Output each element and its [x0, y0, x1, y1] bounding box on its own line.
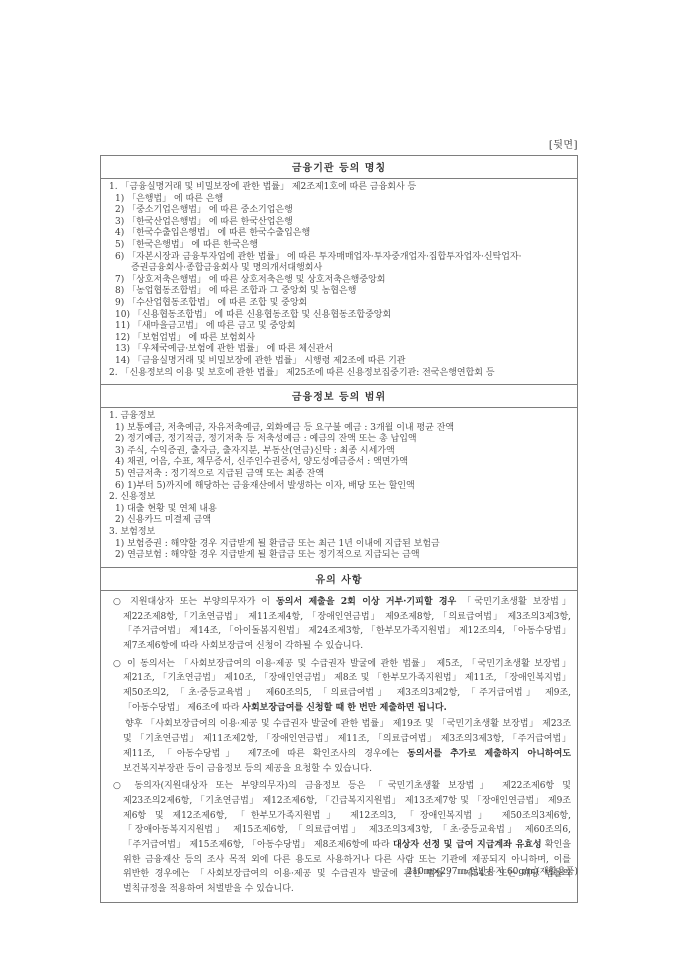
list-line: 2. 「신용정보의 이용 및 보호에 관한 법률」 제25조에 따른 신용정보집…	[106, 368, 572, 380]
list-line: 4) 「한국수출입은행법」 에 따른 한국수출입은행	[106, 228, 572, 240]
list-line: 1) 보험증권 : 해약할 경우 지급받게 될 환급금 또는 최근 1년 이내에…	[106, 539, 572, 551]
list-line: 1) 「은행법」 에 따른 은행	[106, 194, 572, 206]
list-line: 1) 대출 현황 및 연체 내용	[106, 504, 572, 516]
list-line: 12) 「보험업법」 에 따른 보험회사	[106, 333, 572, 345]
circle-bullet: ○	[113, 781, 134, 791]
circle-bullet: ○	[113, 659, 127, 669]
section-body-notes: ○ 지원대상자 또는 부양의무자가 이 동의서 제출을 2회 이상 거부·기피할…	[101, 590, 578, 902]
list-line: 2) 정기예금, 정기적금, 정기저축 등 저축성예금 : 예금의 잔액 또는 …	[106, 434, 572, 446]
paper-spec-footnote: 210㎜×297㎜ 일반용지 60g/㎡(재활용품)	[100, 864, 578, 877]
list-line: 3) 주식, 수익증권, 출자금, 출자지분, 부동산(연금)신탁 : 최종 시…	[106, 446, 572, 458]
circle-bullet: ○	[113, 597, 130, 607]
list-line: 1. 「금융실명거래 및 비밀보장에 관한 법률」 제2조제1호에 따른 금융회…	[106, 182, 572, 194]
list-line: 2) 연금보험 : 해약할 경우 지급받게 될 환급금 또는 정기적으로 지급되…	[106, 550, 572, 562]
document-page: [뒷면] 금융기관 등의 명칭1. 「금융실명거래 및 비밀보장에 관한 법률」…	[0, 0, 680, 962]
note-paragraph: ○ 이 동의서는 「사회보장급여의 이용·제공 및 수급권자 발굴에 관한 법률…	[107, 657, 571, 716]
list-line: 7) 「상호저축은행법」 에 따른 상호저축은행 및 상호저축은행중앙회	[106, 275, 572, 287]
form-table: 금융기관 등의 명칭1. 「금융실명거래 및 비밀보장에 관한 법률」 제2조제…	[100, 155, 578, 903]
emphasis-text: 동의서 제출을 2회 이상 거부·기피할 경우	[276, 597, 456, 607]
emphasis-text: 동의서를 추가로 제출하지 아니하여도	[407, 749, 571, 759]
section-title-institutions: 금융기관 등의 명칭	[101, 156, 578, 179]
emphasis-text: 사회보장급여를 신청할 때 한 번만 제출하면 됩니다.	[242, 703, 447, 713]
list-line: 13) 「우체국예금·보험에 관한 법률」 에 따른 체신관서	[106, 344, 572, 356]
form-table-body: 금융기관 등의 명칭1. 「금융실명거래 및 비밀보장에 관한 법률」 제2조제…	[101, 156, 578, 903]
section-title-info-scope: 금융정보 등의 범위	[101, 385, 578, 408]
list-line: 10) 「신용협동조합법」 에 따른 신용협동조합 및 신용협동조합중앙회	[106, 310, 572, 322]
list-line: 1) 보통예금, 저축예금, 자유저축예금, 외화예금 등 요구불 예금 : 3…	[106, 423, 572, 435]
note-paragraph: ○ 동의자(지원대상자 또는 부양의무자)의 금융정보 등은 「국민기초생활 보…	[107, 779, 571, 897]
list-line: 2) 신용카드 미결제 금액	[106, 515, 572, 527]
section-body-info-scope: 1. 금융정보1) 보통예금, 저축예금, 자유저축예금, 외화예금 등 요구불…	[101, 408, 578, 568]
note-paragraph: 향후 「사회보장급여의 이용·제공 및 수급권자 발굴에 관한 법률」 제19조…	[107, 717, 571, 776]
note-paragraph: ○ 지원대상자 또는 부양의무자가 이 동의서 제출을 2회 이상 거부·기피할…	[107, 595, 571, 654]
list-line: 2) 「중소기업은행법」 에 따른 중소기업은행	[106, 205, 572, 217]
list-line: 9) 「수산업협동조합법」 에 따른 조합 및 중앙회	[106, 298, 572, 310]
emphasis-text: 대상자 선정 및 급여 지급계좌 유효성	[393, 840, 542, 850]
list-line: 6) 1)부터 5)까지에 해당하는 금융재산에서 발생하는 이자, 배당 또는…	[106, 481, 572, 493]
list-line: 3. 보험정보	[106, 527, 572, 539]
list-line: 2. 신용정보	[106, 492, 572, 504]
note-text: 보건복지부장관 등이 금융정보 등의 제공을 요청할 수 있습니다.	[123, 764, 372, 774]
list-line: 11) 「새마을금고법」 에 따른 금고 및 중앙회	[106, 321, 572, 333]
list-line: 4) 채권, 어음, 수표, 채무증서, 신주인수권증서, 양도성예금증서 : …	[106, 457, 572, 469]
list-line: 5) 연금저축 : 정기적으로 지급된 금액 또는 최종 잔액	[106, 469, 572, 481]
list-line: 5) 「한국은행법」 에 따른 한국은행	[106, 240, 572, 252]
section-title-notes: 유의 사항	[101, 567, 578, 590]
page-side-label: [뒷면]	[100, 136, 578, 151]
list-line: 8) 「농업협동조합법」 에 따른 조합과 그 중앙회 및 농협은행	[106, 286, 572, 298]
list-line: 3) 「한국산업은행법」 에 따른 한국산업은행	[106, 217, 572, 229]
list-line: 6) 「자본시장과 금융투자업에 관한 법률」 에 따른 투자매매업자·투자중개…	[106, 252, 572, 275]
note-text: 지원대상자 또는 부양의무자가 이	[130, 597, 276, 607]
section-body-institutions: 1. 「금융실명거래 및 비밀보장에 관한 법률」 제2조제1호에 따른 금융회…	[101, 179, 578, 385]
list-line: 14) 「금융실명거래 및 비밀보장에 관한 법률」 시행령 제2조에 따른 기…	[106, 356, 572, 368]
list-line: 1. 금융정보	[106, 411, 572, 423]
